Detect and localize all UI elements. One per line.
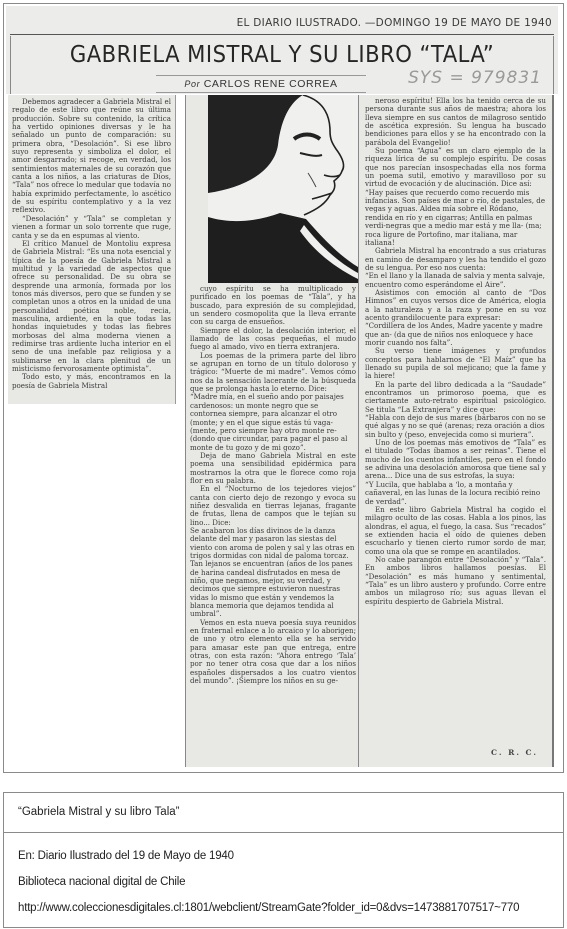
article-paragraph: No cabe parangón entre “Desolación” y “T…: [365, 556, 546, 606]
article-paragraph: Su verso tiene imágenes y profundos conc…: [365, 347, 546, 380]
poem-excerpt: “Habla con dejo de sus mares (bárbaros c…: [365, 414, 546, 439]
handwritten-catalog-stamp: SYS = 979831: [408, 68, 542, 88]
article-paragraph: Debemos agradecer a Gabriela Mistral el …: [12, 98, 171, 215]
article-paragraph: “Desolación” y “Tala” se completan y vie…: [12, 215, 171, 240]
article-paragraph: Siempre el dolor, la desolación interior…: [190, 327, 356, 352]
article-paragraph: El crítico Manuel de Montoliu expresa de…: [12, 240, 171, 374]
article-paragraph: cuyo espíritu se ha multiplicado y purif…: [190, 285, 356, 327]
caption-title: “Gabriela Mistral y su libro Tala”: [4, 793, 563, 833]
poem-excerpt: “En el llano y la llanada de salvia y me…: [365, 272, 546, 289]
newspaper-masthead: EL DIARIO ILUSTRADO. —DOMINGO 19 DE MAYO…: [237, 17, 552, 29]
caption-box: “Gabriela Mistral y su libro Tala” En: D…: [3, 792, 564, 928]
article-paragraph: Asistimos con emoción al canto de “Dos H…: [365, 289, 546, 322]
article-paragraph: Uno de los poemas más emotivos de “Tala”…: [365, 439, 546, 481]
article-paragraph: Gabriela Mistral ha encontrado a sus cri…: [365, 247, 546, 272]
article-paragraph: En el “Nocturno de los tejedores viejos”…: [190, 485, 356, 527]
byline-author: CARLOS RENE CORREA: [204, 78, 338, 90]
article-title: GABRIELA MISTRAL Y SU LIBRO “TALA”: [28, 42, 536, 68]
right-column-text: neroso espíritu! Ella los ha tenido cerc…: [365, 97, 546, 606]
byline: Por CARLOS RENE CORREA: [156, 75, 366, 93]
byline-prefix: Por: [184, 79, 200, 89]
article-paragraph: Deja de mano Gabriela Mistral en este po…: [190, 452, 356, 485]
article-paragraph: En la parte del libro dedicada a la “Sau…: [365, 381, 546, 414]
clipping-header: EL DIARIO ILUSTRADO. —DOMINGO 19 DE MAYO…: [6, 6, 558, 94]
middle-column-text: cuyo espíritu se ha multiplicado y purif…: [190, 285, 356, 763]
article-paragraph: Los poemas de la primera parte del libro…: [190, 352, 356, 394]
poem-excerpt: “Madre mía, en el sueño ando por paisaje…: [190, 393, 356, 451]
article-column-middle: cuyo espíritu se ha multiplicado y purif…: [185, 95, 358, 767]
article-paragraph: Su poema “Agua” es un claro ejemplo de l…: [365, 147, 546, 189]
caption-source: En: Diario Ilustrado del 19 de Mayo de 1…: [18, 843, 549, 869]
article-column-left: Debemos agradecer a Gabriela Mistral el …: [8, 95, 176, 404]
caption-library: Biblioteca nacional digital de Chile: [18, 869, 549, 895]
poem-excerpt: Se acabaron los días divinos de la danza…: [190, 527, 356, 619]
article-paragraph: En este libro Gabriela Mistral ha cogido…: [365, 506, 546, 556]
poem-excerpt: “Y Lucila, que hablaba a ‘lo, a montaña …: [365, 481, 546, 506]
poem-excerpt: “Hay países que recuerdo como recuerdo m…: [365, 189, 546, 247]
poem-excerpt: “Cordillera de los Andes, Madre yacente …: [365, 322, 546, 347]
caption-url[interactable]: http://www.coleccionesdigitales.cl:1801/…: [18, 895, 549, 921]
article-column-right: neroso espíritu! Ella los ha tenido cerc…: [358, 95, 554, 767]
article-paragraph: neroso espíritu! Ella los ha tenido cerc…: [365, 97, 546, 147]
masthead-rule: [10, 34, 554, 35]
portrait-drawing: [208, 95, 358, 283]
portrait-silhouette-icon: [208, 95, 358, 283]
article-paragraph: Todo esto, y más, encontramos en la poes…: [12, 373, 171, 390]
author-initials: C. R. C.: [491, 749, 538, 757]
caption-lines: En: Diario Ilustrado del 19 de Mayo de 1…: [4, 833, 563, 921]
article-paragraph: Vemos en esta nueva poesía suya reunidos…: [190, 619, 356, 686]
